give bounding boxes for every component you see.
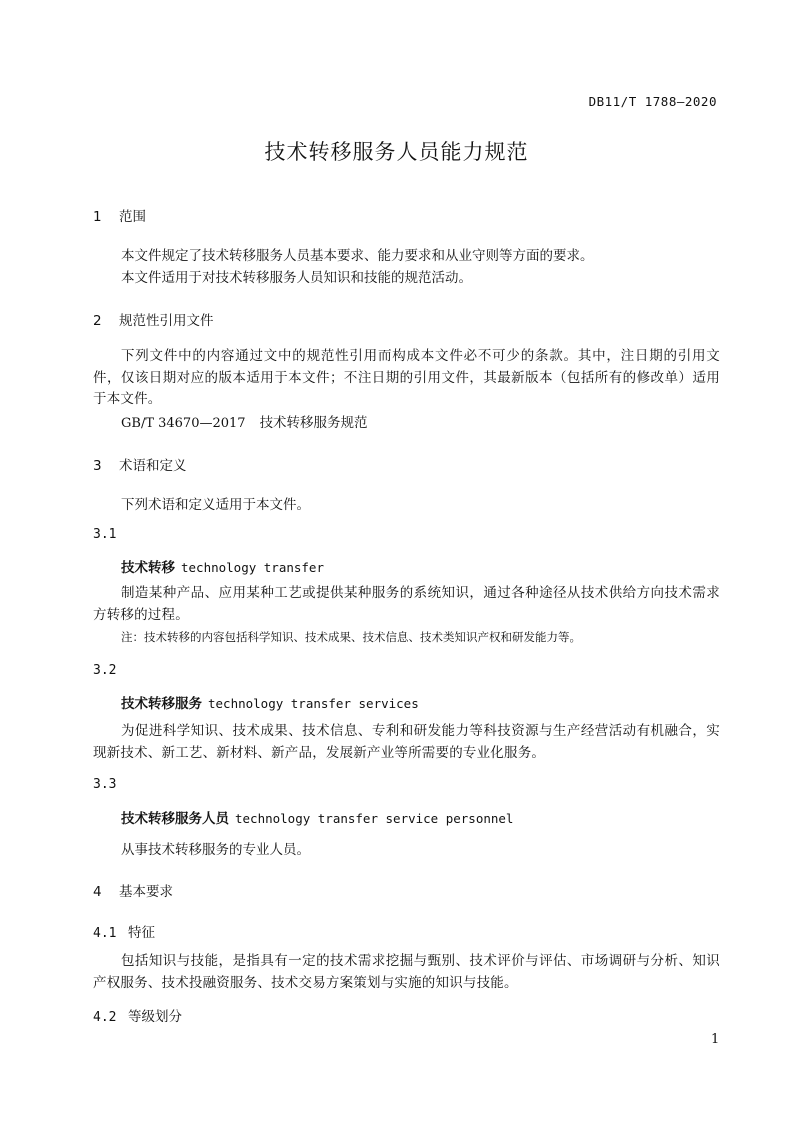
section-number: 1 bbox=[93, 209, 119, 225]
subsection-title: 特征 bbox=[128, 925, 155, 941]
section-4-heading: 4基本要求 bbox=[93, 880, 173, 900]
section-number: 3 bbox=[93, 458, 119, 474]
section-title: 规范性引用文件 bbox=[119, 313, 214, 329]
subsection-title: 等级划分 bbox=[128, 1009, 182, 1025]
subsection-4-1-paragraph: 包括知识与技能，是指具有一定的技术需求挖掘与甄别、技术评价与评估、市场调研与分析… bbox=[93, 951, 720, 994]
section-1-paragraph-1: 本文件规定了技术转移服务人员基本要求、能力要求和从业守则等方面的要求。 bbox=[121, 244, 594, 264]
normative-reference: GB/T 34670—2017技术转移服务规范 bbox=[121, 411, 368, 431]
term-definition: 为促进科学知识、技术成果、技术信息、专利和研发能力等科技资源与生产经营活动有机融… bbox=[93, 721, 720, 764]
page-number: 1 bbox=[711, 1032, 719, 1047]
subsection-number: 4.2 bbox=[93, 1010, 128, 1025]
page-title: 技术转移服务人员能力规范 bbox=[0, 136, 793, 166]
term-english: technology transfer services bbox=[208, 696, 419, 711]
section-title: 范围 bbox=[119, 209, 146, 225]
clause-number: 3.3 bbox=[93, 777, 116, 792]
term-definition: 制造某种产品、应用某种工艺或提供某种服务的系统知识，通过各种途径从技术供给方向技… bbox=[93, 583, 720, 626]
clause-number: 3.1 bbox=[93, 527, 116, 542]
section-2-paragraph: 下列文件中的内容通过文中的规范性引用而构成本文件必不可少的条款。其中，注日期的引… bbox=[93, 346, 720, 411]
section-2-heading: 2规范性引用文件 bbox=[93, 309, 214, 329]
subsection-4-2-heading: 4.2等级划分 bbox=[93, 1005, 182, 1025]
term-entry: 技术转移服务technology transfer services bbox=[121, 692, 419, 712]
section-title: 术语和定义 bbox=[119, 458, 187, 474]
document-code: DB11/T 1788—2020 bbox=[589, 94, 717, 109]
section-1-heading: 1范围 bbox=[93, 205, 146, 225]
term-entry: 技术转移technology transfer bbox=[121, 556, 324, 576]
reference-code: GB/T 34670—2017 bbox=[121, 416, 246, 431]
subsection-number: 4.1 bbox=[93, 926, 128, 941]
subsection-4-1-heading: 4.1特征 bbox=[93, 921, 155, 941]
section-3-intro: 下列术语和定义适用于本文件。 bbox=[121, 493, 310, 513]
term-definition: 从事技术转移服务的专业人员。 bbox=[121, 838, 310, 858]
section-number: 2 bbox=[93, 313, 119, 329]
section-3-heading: 3术语和定义 bbox=[93, 454, 187, 474]
term-english: technology transfer bbox=[181, 560, 324, 575]
reference-name: 技术转移服务规范 bbox=[260, 415, 368, 431]
term-chinese: 技术转移服务 bbox=[121, 696, 202, 712]
section-1-paragraph-2: 本文件适用于对技术转移服务人员知识和技能的规范活动。 bbox=[121, 266, 472, 286]
section-number: 4 bbox=[93, 884, 119, 900]
term-english: technology transfer service personnel bbox=[235, 811, 513, 826]
section-title: 基本要求 bbox=[119, 884, 173, 900]
term-note: 注：技术转移的内容包括科学知识、技术成果、技术信息、技术类知识产权和研发能力等。 bbox=[121, 629, 581, 645]
term-entry: 技术转移服务人员technology transfer service pers… bbox=[121, 807, 513, 827]
term-chinese: 技术转移 bbox=[121, 560, 175, 576]
clause-number: 3.2 bbox=[93, 663, 116, 678]
term-chinese: 技术转移服务人员 bbox=[121, 811, 229, 827]
